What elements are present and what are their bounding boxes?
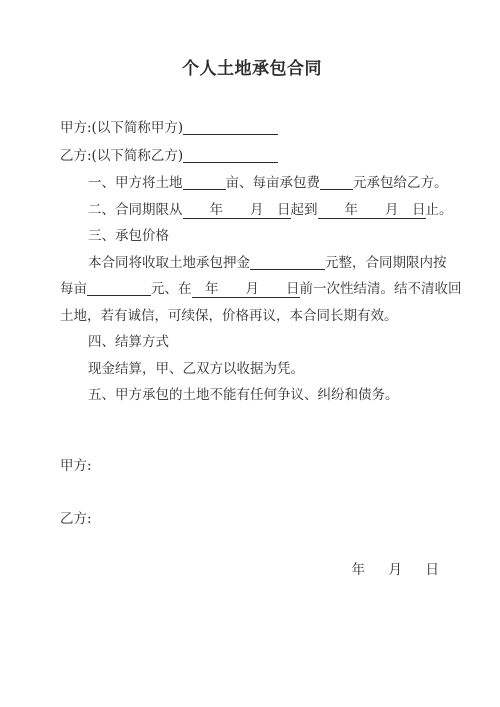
contract-content: 个人土地承包合同 甲方:(以下简称甲方) 乙方:(以下简称乙方) 一、甲方将土地…: [0, 0, 500, 584]
party-a-label: 甲方:(以下简称甲方): [60, 120, 183, 136]
clause-1-text-1: 一、甲方将土地: [88, 175, 183, 191]
clause-4-text: 现金结算，甲、乙双方以收据为凭。: [60, 356, 444, 383]
clause-2-start-date-blank: 年 月 日: [183, 202, 291, 219]
clause-3-permu-text-3: 前一次性结清。结不清收回: [300, 281, 462, 297]
clause-1-text-3: 元承包给乙方。: [353, 175, 448, 191]
clause-2-line: 二、合同期限从 年 月 日起到 年 月 日止。: [60, 197, 444, 224]
signature-party-b: 乙方:: [60, 505, 444, 533]
contract-page: 个人土地承包合同 甲方:(以下简称甲方) 乙方:(以下简称乙方) 一、甲方将土地…: [0, 0, 500, 707]
party-b-blank-line: [183, 149, 278, 163]
clause-1-blank-fee: [320, 176, 353, 190]
clause-3-due-date-blank: 年 月 日: [192, 281, 300, 298]
clause-2-text-3: 止。: [426, 202, 453, 218]
clause-3-permu-text-2: 元、在: [151, 281, 192, 297]
clause-2-end-date-blank: 年 月 日: [318, 202, 426, 219]
clause-5-line: 五、甲方承包的土地不能有任何争议、纠纷和债务。: [60, 382, 444, 409]
clause-3-deposit-text-2: 元整，合同期限内按: [325, 255, 447, 271]
clause-3-line-1: 本合同将收取土地承包押金元整，合同期限内按: [60, 250, 444, 277]
clause-2-text-1: 二、合同期限从: [88, 202, 183, 218]
clause-3-deposit-blank: [250, 256, 325, 270]
party-b-line: 乙方:(以下简称乙方): [60, 142, 444, 170]
signature-date-line: 年 月 日: [60, 556, 444, 584]
clause-3-permu-blank: [87, 282, 151, 296]
party-b-label: 乙方:(以下简称乙方): [60, 148, 183, 164]
clause-4-heading: 四、结算方式: [60, 329, 444, 356]
party-a-line: 甲方:(以下简称甲方): [60, 114, 444, 142]
clause-1-blank-mu: [183, 176, 226, 190]
clause-2-text-2: 起到: [291, 202, 318, 218]
contract-title: 个人土地承包合同: [60, 0, 444, 81]
clause-3-deposit-text: 本合同将收取土地承包押金: [88, 255, 250, 271]
signature-party-a: 甲方:: [60, 452, 444, 480]
clause-1-text-2: 亩、每亩承包费: [226, 175, 321, 191]
clause-1-line: 一、甲方将土地亩、每亩承包费元承包给乙方。: [60, 170, 444, 197]
party-a-blank-line: [183, 121, 278, 135]
clause-3-heading: 三、承包价格: [60, 223, 444, 250]
clause-3-line-2: 每亩元、在 年 月 日前一次性结清。结不清收回: [60, 276, 444, 303]
clause-3-line-3: 土地，若有诚信，可续保，价格再议，本合同长期有效。: [60, 303, 444, 330]
clause-3-permu-text: 每亩: [60, 281, 87, 297]
